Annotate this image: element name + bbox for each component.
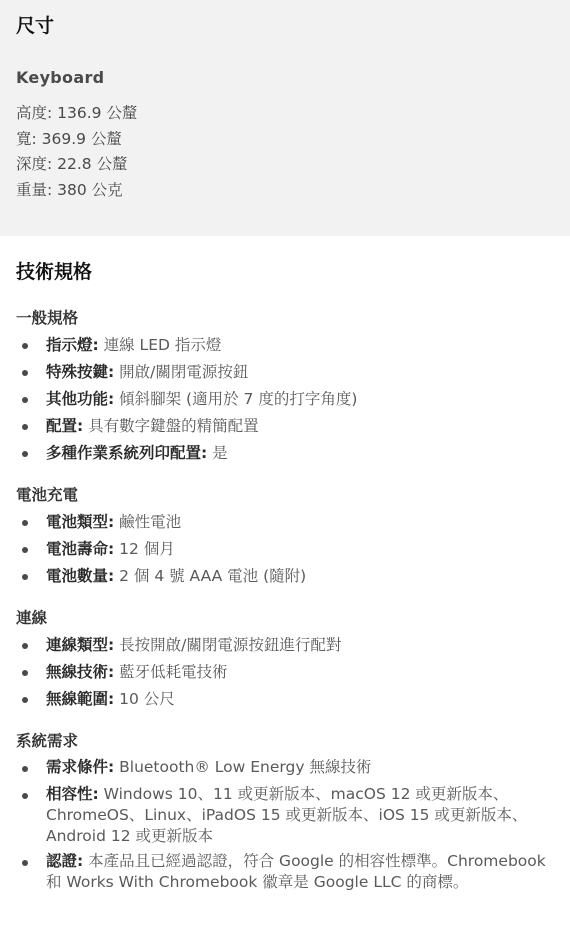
spec-value: 開啟/關閉電源按鈕 (114, 363, 248, 381)
product-name: Keyboard (16, 68, 554, 88)
spec-item: 連線類型: 長按開啟/關閉電源按鈕進行配對 (16, 634, 554, 661)
spec-group-battery: 電池充電 電池類型: 鹼性電池 電池壽命: 12 個月 電池數量: 2 個 4 … (16, 485, 554, 592)
spec-label: 其他功能: (46, 390, 114, 408)
spec-value: Windows 10、11 或更新版本、macOS 12 或更新版本、Chrom… (46, 785, 527, 845)
dimensions-list: 高度: 136.9 公釐 寬: 369.9 公釐 深度: 22.8 公釐 重量:… (16, 101, 554, 203)
bullet-icon (22, 793, 28, 799)
bullet-icon (22, 424, 28, 430)
spec-item: 電池類型: 鹼性電池 (16, 511, 554, 538)
spec-value: 具有數字鍵盤的精簡配置 (83, 417, 258, 435)
dimension-height: 高度: 136.9 公釐 (16, 101, 554, 127)
spec-label: 配置: (46, 417, 83, 435)
spec-value: 長按開啟/關閉電源按鈕進行配對 (114, 636, 341, 654)
dimension-depth: 深度: 22.8 公釐 (16, 152, 554, 178)
bullet-icon (22, 343, 28, 349)
bullet-icon (22, 547, 28, 553)
spec-group-general: 一般規格 指示燈: 連線 LED 指示燈 特殊按鍵: 開啟/關閉電源按鈕 其他功… (16, 308, 554, 469)
spec-value: 藍牙低耗電技術 (114, 663, 227, 681)
bullet-icon (22, 643, 28, 649)
spec-item: 相容性: Windows 10、11 或更新版本、macOS 12 或更新版本、… (16, 784, 554, 851)
spec-item: 其他功能: 傾斜腳架 (適用於 7 度的打字角度) (16, 388, 554, 415)
tech-specs-section: 技術規格 一般規格 指示燈: 連線 LED 指示燈 特殊按鍵: 開啟/關閉電源按… (0, 236, 570, 897)
spec-value: 本產品且已經過認證，符合 Google 的相容性標準。Chromebook 和 … (46, 852, 546, 891)
spec-label: 需求條件: (46, 758, 114, 776)
spec-label: 無線技術: (46, 663, 114, 681)
spec-label: 多種作業系統列印配置: (46, 444, 207, 462)
spec-item: 需求條件: Bluetooth® Low Energy 無線技術 (16, 757, 554, 784)
spec-label: 電池數量: (46, 567, 114, 585)
spec-item: 多種作業系統列印配置: 是 (16, 442, 554, 469)
spec-item: 配置: 具有數字鍵盤的精簡配置 (16, 415, 554, 442)
spec-value: Bluetooth® Low Energy 無線技術 (114, 758, 371, 776)
bullet-icon (22, 451, 28, 457)
group-title: 系統需求 (16, 731, 554, 751)
spec-label: 電池類型: (46, 513, 114, 531)
spec-value: 2 個 4 號 AAA 電池 (隨附) (114, 567, 306, 585)
group-title: 連線 (16, 608, 554, 628)
spec-group-system-requirements: 系統需求 需求條件: Bluetooth® Low Energy 無線技術 相容… (16, 731, 554, 897)
spec-item: 電池數量: 2 個 4 號 AAA 電池 (隨附) (16, 565, 554, 592)
spec-list: 連線類型: 長按開啟/關閉電源按鈕進行配對 無線技術: 藍牙低耗電技術 無線範圍… (16, 634, 554, 715)
spec-label: 認證: (46, 852, 83, 870)
spec-label: 無線範圍: (46, 690, 114, 708)
spec-item: 認證: 本產品且已經過認證，符合 Google 的相容性標準。Chromeboo… (16, 851, 554, 897)
dimension-weight: 重量: 380 公克 (16, 178, 554, 204)
spec-value: 傾斜腳架 (適用於 7 度的打字角度) (114, 390, 357, 408)
spec-label: 相容性: (46, 785, 99, 803)
spec-label: 電池壽命: (46, 540, 114, 558)
bullet-icon (22, 520, 28, 526)
bullet-icon (22, 574, 28, 580)
spec-item: 無線技術: 藍牙低耗電技術 (16, 661, 554, 688)
spec-item: 電池壽命: 12 個月 (16, 538, 554, 565)
spec-list: 需求條件: Bluetooth® Low Energy 無線技術 相容性: Wi… (16, 757, 554, 897)
spec-list: 指示燈: 連線 LED 指示燈 特殊按鍵: 開啟/關閉電源按鈕 其他功能: 傾斜… (16, 334, 554, 469)
spec-value: 鹼性電池 (114, 513, 181, 531)
group-title: 一般規格 (16, 308, 554, 328)
tech-specs-title: 技術規格 (16, 260, 554, 284)
spec-list: 電池類型: 鹼性電池 電池壽命: 12 個月 電池數量: 2 個 4 號 AAA… (16, 511, 554, 592)
spec-value: 是 (207, 444, 227, 462)
spec-value: 10 公尺 (114, 690, 175, 708)
bullet-icon (22, 766, 28, 772)
spec-item: 特殊按鍵: 開啟/關閉電源按鈕 (16, 361, 554, 388)
bullet-icon (22, 697, 28, 703)
bullet-icon (22, 860, 28, 866)
spec-value: 12 個月 (114, 540, 175, 558)
spec-label: 指示燈: (46, 336, 99, 354)
dimension-width: 寬: 369.9 公釐 (16, 127, 554, 153)
spec-item: 無線範圍: 10 公尺 (16, 688, 554, 715)
bullet-icon (22, 397, 28, 403)
spec-label: 連線類型: (46, 636, 114, 654)
spec-group-connectivity: 連線 連線類型: 長按開啟/關閉電源按鈕進行配對 無線技術: 藍牙低耗電技術 無… (16, 608, 554, 715)
dimensions-section: 尺寸 Keyboard 高度: 136.9 公釐 寬: 369.9 公釐 深度:… (0, 0, 570, 236)
dimensions-title: 尺寸 (16, 14, 554, 38)
spec-value: 連線 LED 指示燈 (99, 336, 222, 354)
bullet-icon (22, 670, 28, 676)
bullet-icon (22, 370, 28, 376)
group-title: 電池充電 (16, 485, 554, 505)
spec-label: 特殊按鍵: (46, 363, 114, 381)
spec-item: 指示燈: 連線 LED 指示燈 (16, 334, 554, 361)
